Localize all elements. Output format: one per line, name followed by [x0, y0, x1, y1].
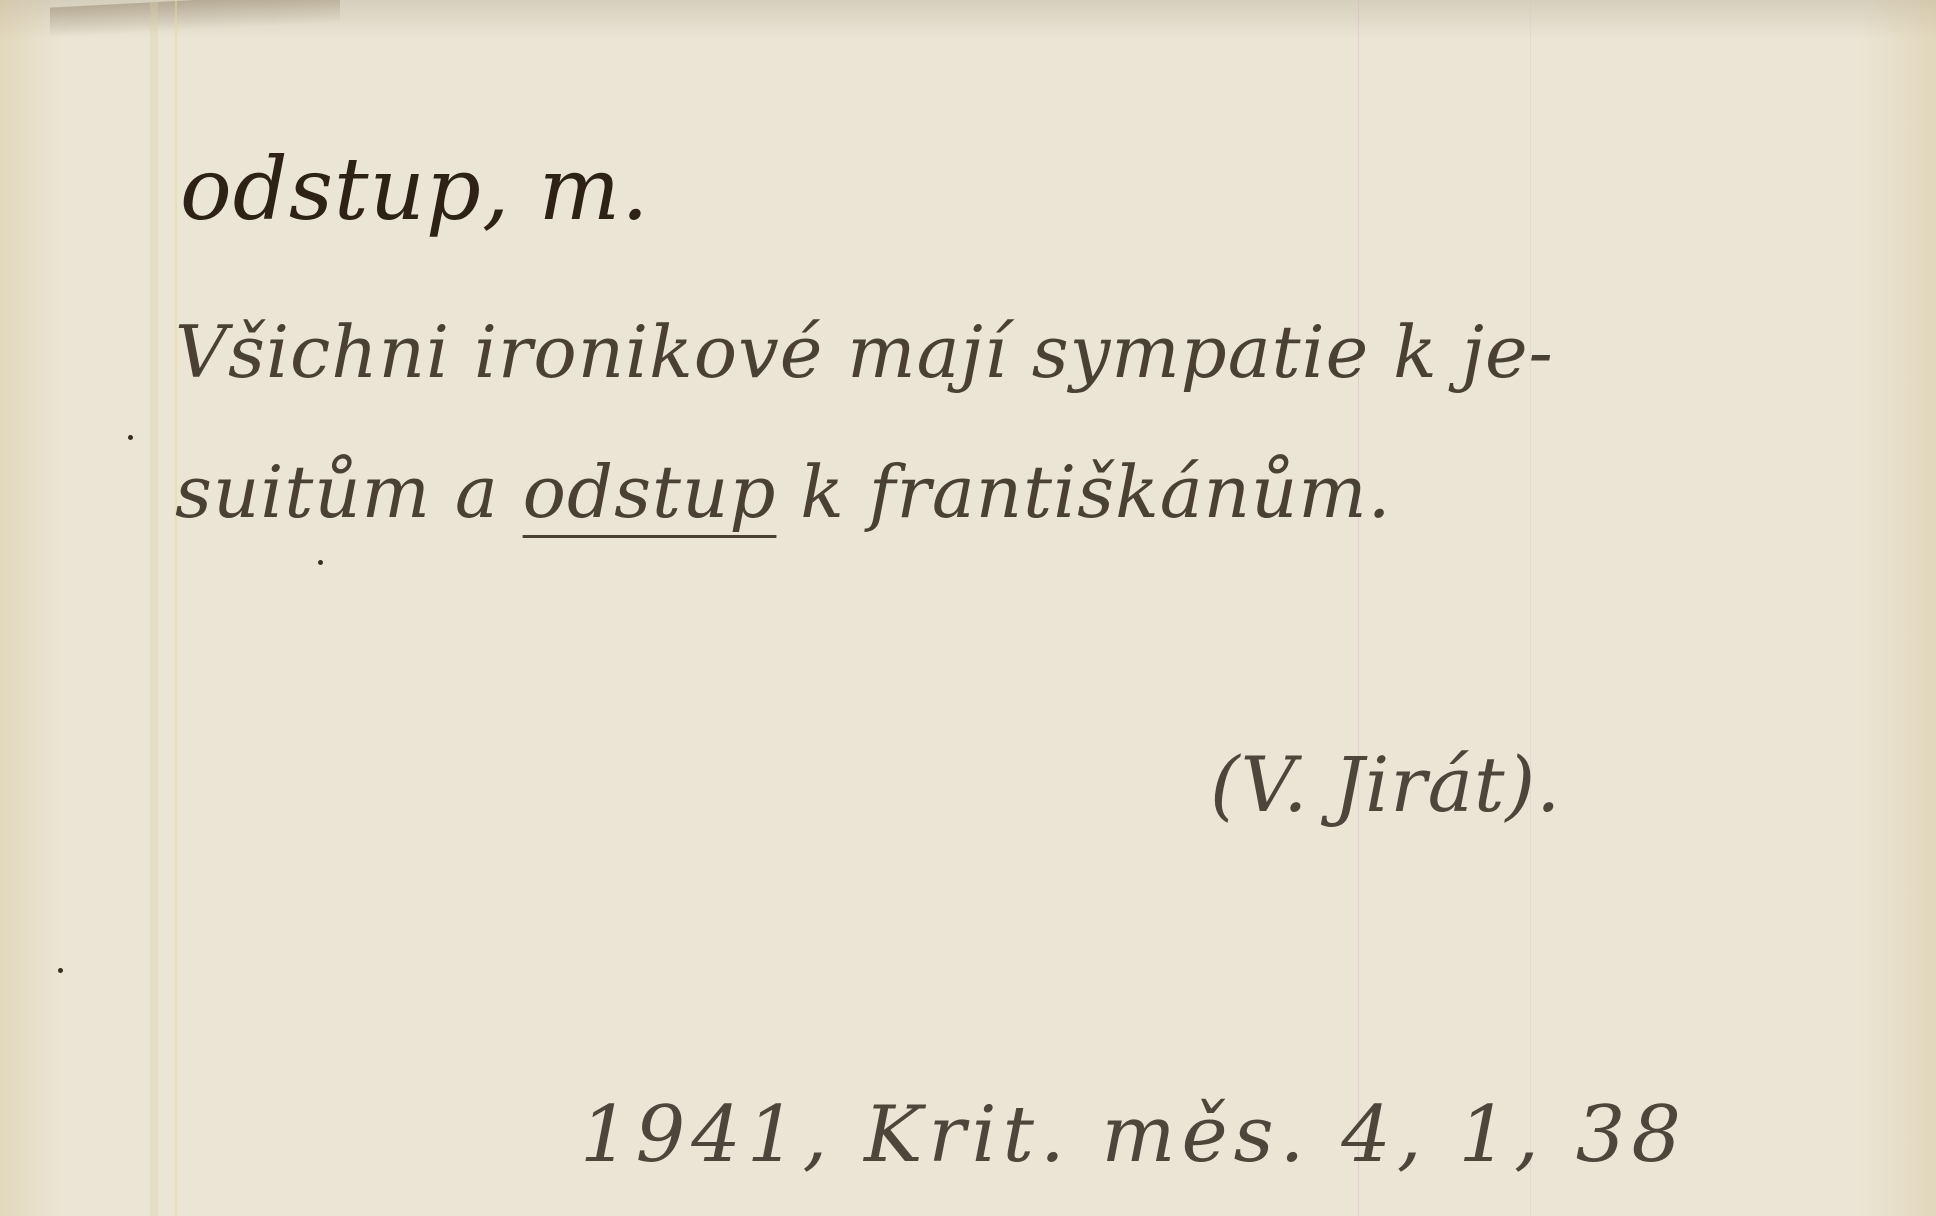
margin-line	[150, 0, 158, 1216]
grammar-label: m.	[539, 140, 650, 240]
ink-speck	[128, 435, 133, 440]
quote-line-2: suitům a odstup k františkánům.	[175, 450, 1392, 534]
margin-line	[175, 0, 177, 1216]
quote-text-pre: suitům a	[175, 450, 523, 534]
quote-text-post: k františkánům.	[776, 450, 1391, 534]
quote-keyword-underlined: odstup	[523, 450, 777, 534]
index-card: odstup, m. Všichni ironikové mají sympat…	[0, 0, 1936, 1216]
ink-speck	[318, 560, 323, 565]
quote-line-1: Všichni ironikové mají sympatie k je-	[175, 310, 1554, 394]
ink-speck	[58, 968, 63, 973]
headword-text: odstup,	[180, 140, 510, 240]
source-citation: 1941, Krit. měs. 4, 1, 38	[580, 1090, 1687, 1180]
paper-shadow	[50, 0, 340, 38]
headword: odstup, m.	[180, 140, 650, 240]
ruling-line	[1358, 0, 1359, 1216]
author-attribution: (V. Jirát).	[1210, 740, 1561, 829]
ruling-line	[1530, 0, 1531, 1216]
